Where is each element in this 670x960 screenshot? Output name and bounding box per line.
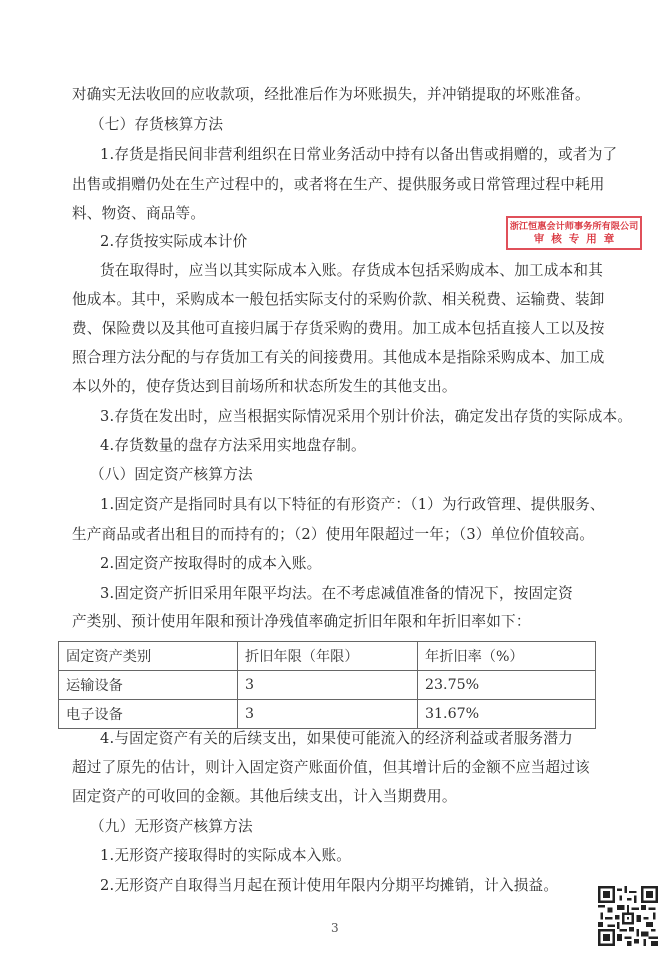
- depreciation-table: 固定资产类别 折旧年限（年限） 年折旧率（%） 运输设备 3 23.75% 电子…: [58, 641, 596, 729]
- section-heading: （九）无形资产核算方法: [90, 817, 253, 837]
- qr-code-icon: [598, 886, 658, 946]
- table-cell: 3: [238, 671, 418, 700]
- page-number: 3: [331, 921, 339, 935]
- table-row: 运输设备 3 23.75%: [59, 671, 596, 700]
- paragraph-line: 超过了原先的估计，则计入固定资产账面价值，但其增计后的金额不应当超过该: [72, 758, 590, 778]
- paragraph-line: 1.存货是指民间非营利组织在日常业务活动中持有以备出售或捐赠的，或者为了: [100, 145, 617, 165]
- paragraph-line: 费、保险费以及其他可直接归属于存货采购的费用。加工成本包括直接人工以及按: [72, 319, 605, 339]
- paragraph-line: 货在取得时，应当以其实际成本入账。存货成本包括采购成本、加工成本和其: [100, 261, 603, 281]
- section-heading: （七）存货核算方法: [90, 115, 223, 135]
- paragraph-line: 4.存货数量的盘存方法采用实地盘存制。: [100, 436, 366, 456]
- table-cell: 31.67%: [418, 700, 596, 729]
- paragraph-line: 4.与固定资产有关的后续支出，如果使可能流入的经济利益或者服务潜力: [100, 729, 573, 749]
- table-header-cell: 折旧年限（年限）: [238, 642, 418, 671]
- paragraph-line: 出售或捐赠仍处在生产过程中的，或者将在生产、提供服务或日常管理过程中耗用: [72, 175, 605, 195]
- stamp-company-name: 浙江恒惠会计师事务所有限公司: [508, 220, 640, 233]
- paragraph-line: 本以外的，使存货达到目前场所和状态所发生的其他支出。: [72, 377, 457, 397]
- paragraph-line: 1.固定资产是指同时具有以下特征的有形资产：（1）为行政管理、提供服务、: [100, 495, 605, 515]
- table-row: 电子设备 3 31.67%: [59, 700, 596, 729]
- table-cell: 3: [238, 700, 418, 729]
- stamp-label: 审核专用章: [508, 233, 640, 246]
- section-heading: （八）固定资产核算方法: [90, 465, 253, 485]
- paragraph-line: 2.固定资产按取得时的成本入账。: [100, 554, 321, 574]
- paragraph-line: 3.存货在发出时，应当根据实际情况采用个别计价法，确定发出存货的实际成本。: [100, 407, 632, 427]
- document-page: 对确实无法收回的应收款项，经批准后作为坏账损失，并冲销提取的坏账准备。（七）存货…: [0, 0, 670, 960]
- paragraph-line: 对确实无法收回的应收款项，经批准后作为坏账损失，并冲销提取的坏账准备。: [72, 85, 590, 105]
- paragraph-line: 照合理方法分配的与存货加工有关的间接费用。其他成本是指除采购成本、加工成: [72, 348, 605, 368]
- audit-stamp: 浙江恒惠会计师事务所有限公司 审核专用章: [506, 216, 642, 250]
- table-cell: 23.75%: [418, 671, 596, 700]
- paragraph-line: 料、物资、商品等。: [72, 204, 205, 224]
- paragraph-line: 3.固定资产折旧采用年限平均法。在不考虑减值准备的情况下，按固定资: [100, 584, 573, 604]
- table-header-row: 固定资产类别 折旧年限（年限） 年折旧率（%）: [59, 642, 596, 671]
- paragraph-line: 1.无形资产接取得时的实际成本入账。: [100, 846, 351, 866]
- table-cell: 运输设备: [59, 671, 238, 700]
- table-cell: 电子设备: [59, 700, 238, 729]
- paragraph-line: 产类别、预计使用年限和预计净残值率确定折旧年限和年折旧率如下：: [72, 612, 531, 632]
- paragraph-line: 2.存货按实际成本计价: [100, 232, 247, 252]
- paragraph-line: 生产商品或者出租目的而持有的；（2）使用年限超过一年；（3）单位价值较高。: [72, 525, 594, 545]
- table-header-cell: 固定资产类别: [59, 642, 238, 671]
- paragraph-line: 固定资产的可收回的金额。其他后续支出，计入当期费用。: [72, 787, 457, 807]
- paragraph-line: 2.无形资产自取得当月起在预计使用年限内分期平均摊销，计入损益。: [100, 876, 558, 896]
- paragraph-line: 他成本。其中，采购成本一般包括实际支付的采购价款、相关税费、运输费、装卸: [72, 290, 605, 310]
- table-header-cell: 年折旧率（%）: [418, 642, 596, 671]
